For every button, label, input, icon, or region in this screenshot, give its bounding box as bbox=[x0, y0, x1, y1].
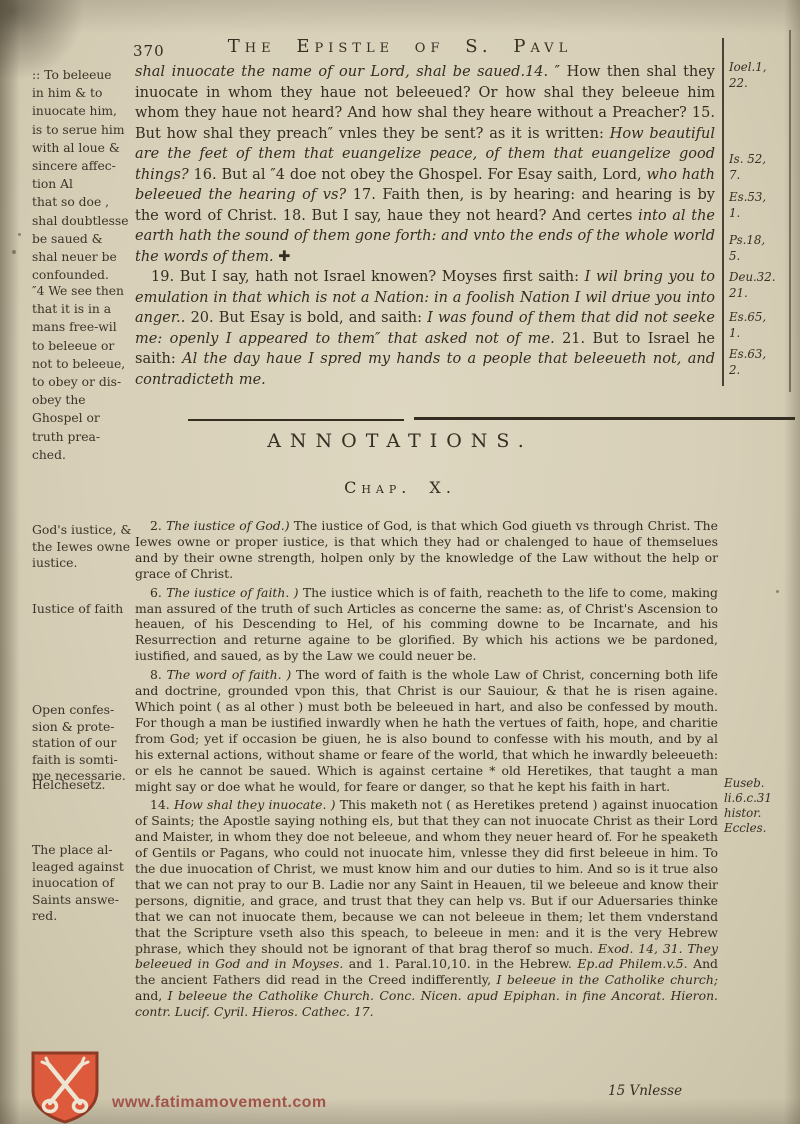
margin-note: Iustice of faith bbox=[32, 601, 136, 618]
verse-text-block: shal inuocate the name of our Lord, shal… bbox=[135, 62, 715, 390]
verse-paragraph-13-18: shal inuocate the name of our Lord, shal… bbox=[135, 62, 715, 267]
scan-speck bbox=[776, 590, 779, 593]
scripture-ref: Ioel.1, 22. bbox=[729, 60, 791, 91]
verse-paragraph-19-21: 19. But I say, hath not Israel knowen? M… bbox=[135, 267, 715, 390]
annotation-14: 14. How shal they inuocate. ) This maket… bbox=[135, 797, 718, 1020]
catchword: 15 Vnlesse bbox=[608, 1083, 682, 1099]
scripture-ref: Is. 52, 7. bbox=[729, 152, 791, 183]
scripture-ref: Es.53, 1. bbox=[729, 190, 791, 221]
scripture-ref: Es.65, 1. bbox=[729, 310, 791, 341]
margin-note: God's iustice, & the Iewes owne iustice. bbox=[32, 522, 136, 572]
chapter-heading: Chap. X. bbox=[0, 478, 800, 497]
running-title: The Epistle of S. Pavl bbox=[0, 36, 800, 57]
margin-note: :: To beleeue in him & to inuocate him, … bbox=[32, 66, 135, 284]
papal-crossed-keys-shield-icon bbox=[28, 1050, 102, 1124]
margin-note: Open confes- sion & prote- station of ou… bbox=[32, 702, 136, 785]
scripture-ref: Euseb. li.6.c.31 histor. Eccles. bbox=[724, 776, 794, 836]
scripture-ref: Ps.18, 5. bbox=[729, 233, 791, 264]
annotation-2: 2. The iustice of God.) The iustice of G… bbox=[135, 518, 718, 582]
right-column-rule bbox=[722, 38, 724, 386]
annotations-text-block: 2. The iustice of God.) The iustice of G… bbox=[135, 518, 718, 1023]
scanned-book-page: 370 The Epistle of S. Pavl shal inuocate… bbox=[0, 0, 800, 1124]
annotation-8: 8. The word of faith. ) The word of fait… bbox=[135, 667, 718, 794]
annotations-heading: ANNOTATIONS. bbox=[0, 430, 800, 452]
annotation-6: 6. The iustice of faith. ) The iustice w… bbox=[135, 585, 718, 665]
scripture-ref: Deu.32. 21. bbox=[729, 270, 791, 301]
section-divider-right bbox=[414, 417, 795, 420]
margin-note: Helchesetz. bbox=[32, 777, 136, 794]
scripture-ref: Es.63, 2. bbox=[729, 347, 791, 378]
margin-note: The place al- leaged against inuocation … bbox=[32, 842, 136, 925]
scan-speck bbox=[18, 233, 21, 236]
scan-speck bbox=[12, 250, 16, 254]
watermark-url: www.fatimamovement.com bbox=[112, 1094, 326, 1112]
section-divider-left bbox=[188, 419, 404, 421]
